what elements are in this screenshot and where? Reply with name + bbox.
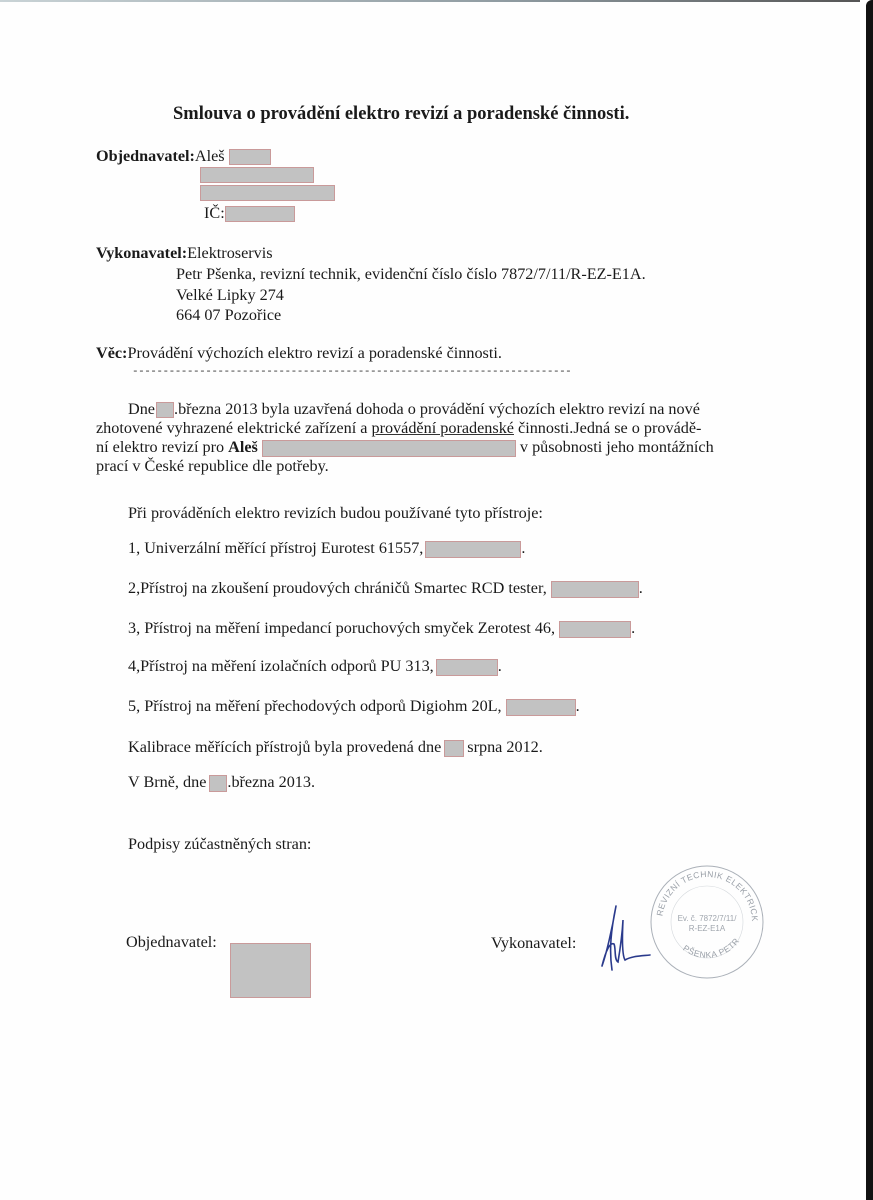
- redacted-customer-surname: [229, 149, 271, 165]
- instrument-4-suffix: .: [498, 657, 502, 675]
- redacted-agreement-day: [156, 402, 174, 418]
- place-date-start: V Brně, dne: [128, 773, 206, 791]
- subject-label: Věc:: [96, 344, 127, 362]
- instrument-2-text: 2,Přístroj na zkoušení proudových chráni…: [128, 579, 547, 597]
- redacted-instrument-2-serial: [551, 581, 639, 598]
- agreement-line-1-text: .března 2013 byla uzavřená dohoda o prov…: [174, 400, 700, 418]
- instruments-intro: Při prováděních elektro revizích budou p…: [128, 503, 543, 523]
- customer-ic-line: IČ:: [204, 203, 295, 223]
- redacted-agreement-customer: [262, 440, 516, 457]
- stamp-inner-line-2: R-EZ-E1A: [689, 924, 726, 933]
- instrument-5: 5, Přístroj na měření přechodových odpor…: [128, 696, 580, 716]
- instrument-5-text: 5, Přístroj na měření přechodových odpor…: [128, 697, 502, 715]
- svg-text:PŠENKA PETR: PŠENKA PETR: [681, 936, 741, 960]
- agreement-customer-name: Aleš: [228, 438, 258, 456]
- redacted-instrument-1-serial: [425, 541, 521, 558]
- instrument-4-text: 4,Přístroj na měření izolačních odporů P…: [128, 657, 434, 675]
- instrument-5-suffix: .: [576, 697, 580, 715]
- instrument-3: 3, Přístroj na měření impedancí poruchov…: [128, 618, 635, 638]
- instrument-3-suffix: .: [631, 619, 635, 637]
- contractor-street: Velké Lipky 274: [176, 285, 284, 305]
- contractor-signature-label: Vykonavatel:: [491, 933, 576, 953]
- place-date-line: V Brně, dne.března 2013.: [128, 772, 315, 792]
- customer-line: Objednavatel:Aleš: [96, 146, 271, 166]
- agreement-line-3-start: ní elektro revizí pro: [96, 438, 228, 456]
- customer-first-name: Aleš: [195, 147, 225, 165]
- agreement-paragraph: Dne .března 2013 byla uzavřená dohoda o …: [96, 400, 736, 476]
- signatures-heading: Podpisy zúčastněných stran:: [128, 834, 311, 854]
- agreement-line-3-end: v působnosti jeho montážních: [520, 438, 714, 456]
- document-page: Smlouva o provádění elektro revizí a por…: [0, 0, 873, 1200]
- customer-signature-label: Objednavatel:: [126, 932, 217, 952]
- subject-line: Věc:Provádění výchozích elektro revizí a…: [96, 343, 502, 363]
- agreement-line-4: prací v České republice dle potřeby.: [96, 457, 736, 476]
- subject-text: Provádění výchozích elektro revizí a por…: [127, 344, 501, 362]
- place-date-end: .března 2013.: [227, 773, 315, 791]
- instrument-2-suffix: .: [639, 579, 643, 597]
- agreement-day-prefix: Dne: [128, 400, 155, 418]
- agreement-line-1: Dne .března 2013 byla uzavřená dohoda o …: [96, 400, 736, 419]
- calibration-text-end: srpna 2012.: [467, 738, 543, 756]
- redacted-ic-number: [225, 206, 295, 222]
- subject-divider: ----------------------------------------…: [132, 366, 571, 378]
- scan-top-edge: [0, 0, 860, 2]
- redacted-instrument-5-serial: [506, 699, 576, 716]
- calibration-line: Kalibrace měřících přístrojů byla proved…: [128, 737, 543, 757]
- agreement-line-2-a: zhotovené vyhrazené elektrické zařízení …: [96, 419, 371, 437]
- stamp-inner-line-1: Ev. č. 7872/7/11/: [678, 914, 738, 923]
- instrument-1-suffix: .: [521, 539, 525, 557]
- contractor-company: Elektroservis: [187, 244, 272, 262]
- instrument-2: 2,Přístroj na zkoušení proudových chráni…: [128, 578, 643, 598]
- official-stamp-icon: REVIZNÍ TECHNIK ELEKTRICKÝCH PŠENKA PETR…: [648, 863, 766, 981]
- redacted-calibration-day: [444, 740, 464, 757]
- agreement-line-2-underlined: provádění poradenské: [371, 419, 514, 437]
- instrument-1: 1, Univerzální měřící přístroj Eurotest …: [128, 538, 525, 558]
- instrument-1-text: 1, Univerzální měřící přístroj Eurotest …: [128, 539, 423, 557]
- ic-label: IČ:: [204, 204, 225, 222]
- document-title: Smlouva o provádění elektro revizí a por…: [173, 104, 629, 124]
- contractor-label: Vykonavatel:: [96, 244, 187, 262]
- redacted-instrument-4-serial: [436, 659, 498, 676]
- calibration-text-start: Kalibrace měřících přístrojů byla proved…: [128, 738, 441, 756]
- redacted-instrument-3-serial: [559, 621, 631, 638]
- contractor-city: 664 07 Pozořice: [176, 305, 281, 325]
- redacted-customer-signature: [230, 943, 311, 998]
- instrument-4: 4,Přístroj na měření izolačních odporů P…: [128, 656, 502, 676]
- handwritten-signature-icon: [592, 900, 652, 972]
- agreement-line-2: zhotovené vyhrazené elektrické zařízení …: [96, 419, 736, 438]
- agreement-line-2-b: činnosti.Jedná se o provádě-: [514, 419, 701, 437]
- redacted-customer-address-1: [200, 167, 314, 183]
- redacted-place-day: [209, 775, 227, 792]
- redacted-customer-address-2: [200, 185, 335, 201]
- instrument-3-text: 3, Přístroj na měření impedancí poruchov…: [128, 619, 555, 637]
- contractor-line: Vykonavatel:Elektroservis: [96, 243, 273, 263]
- scan-right-edge: [866, 0, 873, 1200]
- customer-label: Objednavatel:: [96, 147, 195, 165]
- agreement-line-3: ní elektro revizí pro Aleš v působnosti …: [96, 438, 736, 457]
- contractor-person: Petr Pšenka, revizní technik, evidenční …: [176, 264, 646, 284]
